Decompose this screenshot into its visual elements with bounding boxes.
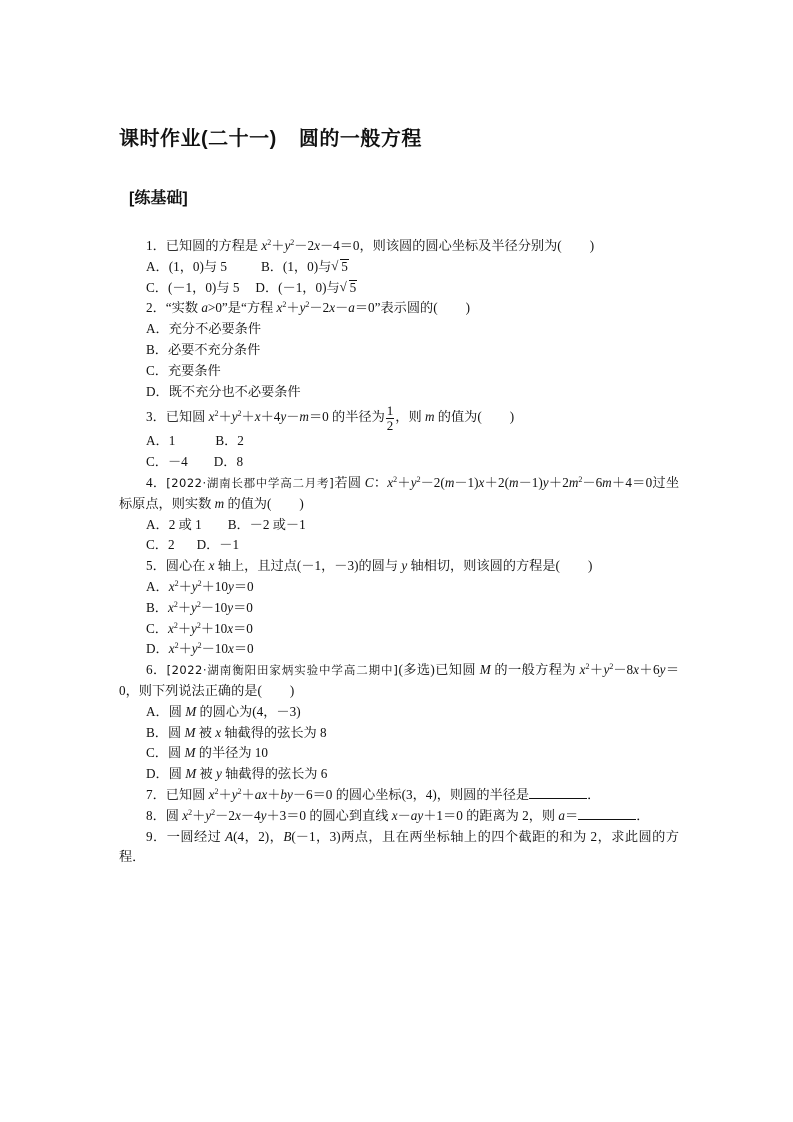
sqrt-symbol: 5 [340,278,358,299]
question-6-stem: 6．[2022·湖南衡阳田家炳实验中学高二期中](多选)已知圆 M 的一般方程为… [119,660,679,702]
question-3-stem: 3．已知圆 x2＋y2＋x＋4y－m＝0 的半径为12，则 m 的值为() [119,402,679,431]
question-4-options-cd: C．2D．－1 [119,535,679,556]
q2-text-2: >0”是“方程 [208,300,277,315]
q8-text: 8．圆 [146,808,182,823]
q5-text-3: 轴相切，则该圆的方程是( [407,558,560,573]
q7-answer-blank[interactable] [529,786,587,799]
q6-text: (多选)已知圆 [398,662,479,677]
q6-var-m: M [480,662,491,677]
q6-option-a: A．圆 M 的圆心为(4，－3) [119,702,679,723]
q5-option-c: C．x2＋y2＋10x＝0 [119,619,679,640]
sqrt-symbol: 5 [331,257,349,278]
question-list: 1．已知圆的方程是 x2＋y2－2x－4＝0，则该圆的圆心坐标及半径分别为() … [119,236,679,868]
q5-option-d: D．x2＋y2－10x＝0 [119,639,679,660]
page-title: 课时作业(二十一)圆的一般方程 [119,122,422,151]
q3-text-3: ，则 [395,409,425,424]
question-4-stem: 4．[2022·湖南长郡中学高二月考]若圆 C：x2＋y2－2(m－1)x＋2(… [119,473,679,515]
question-9: 9．一圆经过 A(4，2)，B(－1，3)两点，且在两坐标轴上的四个截距的和为 … [119,827,679,869]
q6-text-3: ，则下列说法正确的是( [126,683,262,698]
question-7: 7．已知圆 x2＋y2＋ax＋by－6＝0 的圆心坐标(3，4)，则圆的半径是． [119,785,679,806]
q2-text: 2．“实数 [146,300,201,315]
q6-option-b: B．圆 M 被 x 轴截得的弦长为 8 [119,723,679,744]
q5-paren-close: ) [588,558,592,573]
q3-option-c: C．－4 [146,454,188,469]
q1-equation: x2＋y2－2x－4＝0 [261,238,359,253]
question-1-options-ab: A．(1，0)与 5B．(1，0)与5 [119,257,679,278]
q1-number: 1． [146,238,166,253]
q5-text-2: 轴上，且过点(－1，－3)的圆与 [215,558,402,573]
q5-option-d-label: D． [146,641,169,656]
q7-period: ． [587,787,600,802]
q3-option-a: A．1 [146,433,175,448]
q2-option-d: D．既不充分也不必要条件 [119,382,679,403]
q8-equation: x2＋y2－2x－4y＋3＝0 [182,808,306,823]
question-3-options-ab: A．1B．2 [119,431,679,452]
q6-option-c: C．圆 M 的半径为 10 [119,743,679,764]
q1-option-a: A．(1，0)与 5 [146,259,227,274]
question-8: 8．圆 x2＋y2－2x－4y＋3＝0 的圆心到直线 x－ay＋1＝0 的距离为… [119,806,679,827]
q7-text: 7．已知圆 [146,787,209,802]
q5-option-b-label: B． [146,600,168,615]
frac-numerator: 1 [386,404,395,419]
q4-colon: ： [374,475,388,490]
q5-option-b: B．x2＋y2－10y＝0 [119,598,679,619]
q4-circle-c: C [365,475,374,490]
sqrt-value: 5 [340,259,349,273]
q6-text-2: 的一般方程为 [491,662,580,677]
q3-option-d: D．8 [214,454,243,469]
q8-period: ． [636,808,649,823]
q8-answer-blank[interactable] [578,807,636,820]
q1-text: 已知圆的方程是 [166,238,258,253]
question-2-stem: 2．“实数 a>0”是“方程 x2＋y2－2x－a＝0”表示圆的() [119,298,679,319]
q2-option-a: A．充分不必要条件 [119,319,679,340]
q4-paren-close: ) [299,496,303,511]
q1-option-b: B．(1，0)与 [261,259,331,274]
q9-point-a: A [225,829,233,844]
q4-equation: x2＋y2－2(m－1)x＋2(m－1)y＋2m2－6m＋4＝0 [387,475,652,490]
q1-option-d: D．(－1，0)与 [255,280,339,295]
q8-equals: ＝ [565,808,578,823]
q2-option-b: B．必要不充分条件 [119,340,679,361]
q8-text-3: 的距离为 2，则 [463,808,559,823]
q6-option-d: D．圆 M 被 y 轴截得的弦长为 6 [119,764,679,785]
title-topic: 圆的一般方程 [299,128,422,150]
q5-text: 5．圆心在 [146,558,209,573]
q3-text: 3．已知圆 [146,409,209,424]
q2-var-a: a [201,300,208,315]
q7-text-2: 的圆心坐标(3，4)，则圆的半径是 [332,787,529,802]
q4-option-a: A．2 或 1 [146,517,202,532]
q5-option-a-label: A． [146,579,169,594]
q2-equation: x2＋y2－2x－a＝0 [277,300,375,315]
q4-text: 若圆 [334,475,365,490]
q2-option-c: C．充要条件 [119,361,679,382]
q3-text-4: 的值为( [434,409,481,424]
q9-text-2: (4，2)， [233,829,283,844]
q5-option-a: A．x2＋y2＋10y＝0 [119,577,679,598]
frac-denominator: 2 [386,419,395,433]
q4-text-3: 的值为( [224,496,271,511]
fraction-one-half: 12 [386,404,395,433]
q6-source: [2022·湖南衡阳田家炳实验中学高二期中] [167,663,399,677]
section-heading: [练基础] [129,185,188,208]
q3-paren-close: ) [510,409,514,424]
q4-option-b: B．－2 或－1 [228,517,306,532]
question-3-options-cd: C．－4D．8 [119,452,679,473]
q4-number: 4． [146,475,166,490]
q4-option-d: D．－1 [197,537,240,552]
q4-source: [2022·湖南长郡中学高二月考] [166,476,334,490]
q1-text-2: ，则该圆的圆心坐标及半径分别为( [360,238,562,253]
q7-equation: x2＋y2＋ax＋by－6＝0 [209,787,333,802]
q8-line-equation: x－ay＋1＝0 [392,808,463,823]
q2-text-3: ”表示圆的( [375,300,438,315]
question-1-options-cd: C．(－1，0)与 5D．(－1，0)与5 [119,278,679,299]
q3-text-2: 的半径为 [329,409,385,424]
title-lesson: 课时作业(二十一) [119,128,277,150]
q8-text-2: 的圆心到直线 [306,808,392,823]
q4-option-c: C．2 [146,537,175,552]
q4-var-m: m [215,496,225,511]
question-1-stem: 1．已知圆的方程是 x2＋y2－2x－4＝0，则该圆的圆心坐标及半径分别为() [119,236,679,257]
q5-option-c-label: C． [146,621,168,636]
q1-option-c: C．(－1，0)与 5 [146,280,239,295]
q8-var-a: a [558,808,565,823]
q9-text: 9．一圆经过 [146,829,225,844]
q3-equation: x2＋y2＋x＋4y－m＝0 [209,409,329,424]
q1-paren-close: ) [590,238,594,253]
question-4-options-ab: A．2 或 1B．－2 或－1 [119,515,679,536]
q6-number: 6． [146,662,167,677]
sqrt-value: 5 [349,280,358,294]
q6-paren-close: ) [290,683,294,698]
q2-paren-close: ) [466,300,470,315]
question-5-stem: 5．圆心在 x 轴上，且过点(－1，－3)的圆与 y 轴相切，则该圆的方程是() [119,556,679,577]
q3-option-b: B．2 [215,433,244,448]
